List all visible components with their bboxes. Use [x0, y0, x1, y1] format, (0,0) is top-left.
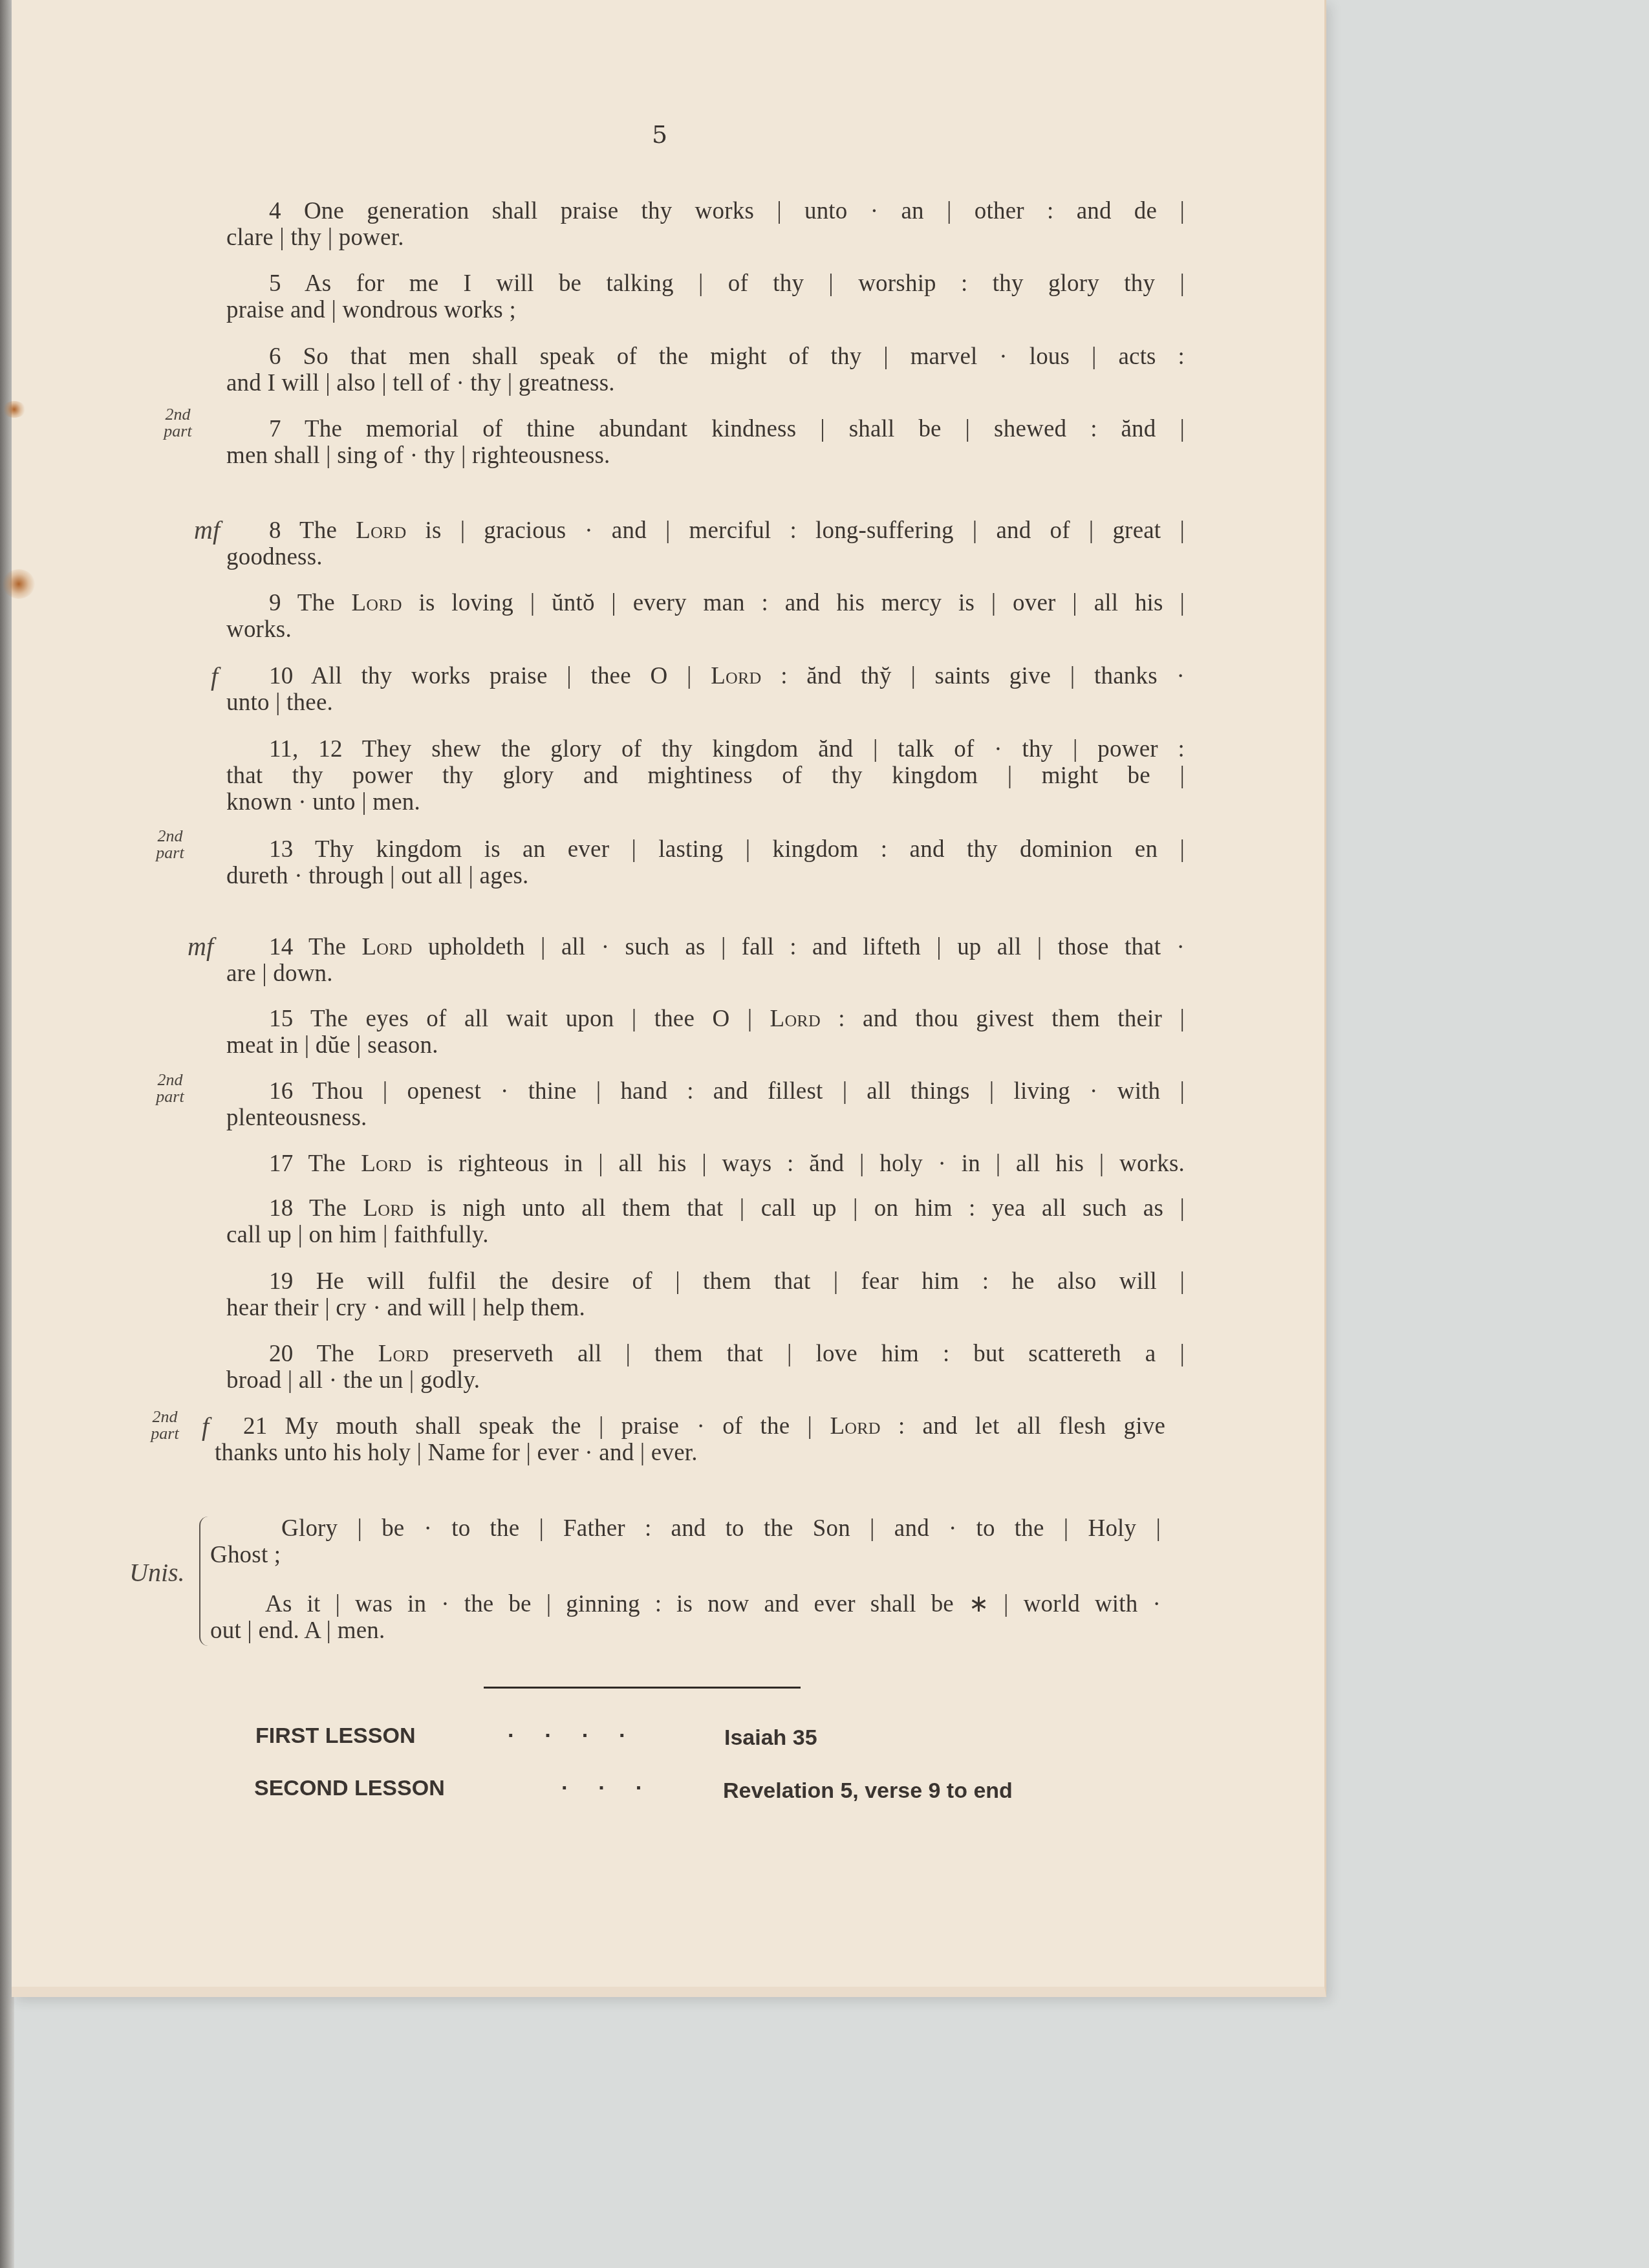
- verse-line: 17 The Lord is righteous in | all his | …: [226, 1150, 1185, 1177]
- verse-line: goodness.: [226, 544, 1185, 570]
- verse-20: 20 The Lord preserveth all | them that |…: [226, 1341, 1185, 1394]
- second-lesson-reading: Revelation 5, verse 9 to end: [723, 1778, 1013, 1804]
- verse-line: 14 The Lord upholdeth | all · such as | …: [226, 934, 1185, 960]
- verse-8: 8 The Lord is | gracious · and | mercifu…: [226, 517, 1185, 570]
- verse-18: 18 The Lord is nigh unto all them that |…: [226, 1195, 1185, 1248]
- verse-19: 19 He will fulfil the desire of | them t…: [226, 1268, 1185, 1321]
- divider-rule: [484, 1687, 801, 1689]
- unison-marker: Unis.: [129, 1557, 185, 1588]
- verse-line: 18 The Lord is nigh unto all them that |…: [226, 1195, 1185, 1222]
- verse-14: 14 The Lord upholdeth | all · such as | …: [226, 934, 1185, 987]
- verse-line: works.: [226, 616, 1185, 643]
- verse-line: clare | thy | power.: [226, 224, 1185, 251]
- verse-6: 6 So that men shall speak of the might o…: [226, 343, 1185, 396]
- verse-line: 5 As for me I will be talking | of thy |…: [226, 270, 1185, 297]
- verse-line: call up | on him | faithfully.: [226, 1222, 1185, 1248]
- verse-21: 21 My mouth shall speak the | praise · o…: [215, 1413, 1165, 1466]
- verse-17: 17 The Lord is righteous in | all his | …: [226, 1150, 1185, 1177]
- leader-dots: ····: [508, 1723, 656, 1749]
- verse-line: 19 He will fulfil the desire of | them t…: [226, 1268, 1185, 1295]
- second-part-marker: 2ndpart: [145, 1409, 184, 1442]
- rust-stain: [3, 569, 35, 599]
- gloria-part-2: As it | was in · the be | ginning : is n…: [210, 1591, 1161, 1644]
- verse-10: 10 All thy works praise | thee O | Lord …: [226, 663, 1185, 716]
- verse-11-12: 11, 12 They shew the glory of thy kingdo…: [226, 736, 1185, 815]
- leader-dots: ···: [561, 1776, 673, 1801]
- verse-line: 20 The Lord preserveth all | them that |…: [226, 1341, 1185, 1367]
- verse-15: 15 The eyes of all wait upon | thee O | …: [226, 1006, 1185, 1059]
- second-part-marker: 2ndpart: [151, 828, 189, 861]
- verse-line: 9 The Lord is loving | ŭntŏ | every man …: [226, 590, 1185, 616]
- dynamic-mf: mf: [188, 931, 213, 962]
- verse-line: men shall | sing of · thy | righteousnes…: [226, 442, 1185, 469]
- verse-line: 10 All thy works praise | thee O | Lord …: [226, 663, 1185, 689]
- rust-stain: [3, 401, 26, 418]
- verse-line: 16 Thou | openest · thine | hand : and f…: [226, 1078, 1185, 1105]
- verse-line: unto | thee.: [226, 689, 1185, 716]
- verse-16: 16 Thou | openest · thine | hand : and f…: [226, 1078, 1185, 1131]
- verse-line: 7 The memorial of thine abundant kindnes…: [226, 416, 1185, 442]
- verse-line: are | down.: [226, 960, 1185, 987]
- verse-line: meat in | dŭe | season.: [226, 1032, 1185, 1059]
- verse-line: broad | all · the un | godly.: [226, 1367, 1185, 1394]
- verse-7: 7 The memorial of thine abundant kindnes…: [226, 416, 1185, 469]
- dynamic-mf: mf: [194, 515, 220, 545]
- verse-line: 6 So that men shall speak of the might o…: [226, 343, 1185, 370]
- verse-line: As it | was in · the be | ginning : is n…: [210, 1591, 1161, 1617]
- verse-line: 15 The eyes of all wait upon | thee O | …: [226, 1006, 1185, 1032]
- verse-line: praise and | wondrous works ;: [226, 297, 1185, 323]
- verse-line: 4 One generation shall praise thy works …: [226, 198, 1185, 224]
- verse-13: 13 Thy kingdom is an ever | lasting | ki…: [226, 836, 1185, 889]
- verse-line: dureth · through | out all | ages.: [226, 863, 1185, 889]
- verse-line: thanks unto his holy | Name for | ever ·…: [215, 1440, 1165, 1466]
- dynamic-f: f: [202, 1411, 209, 1442]
- verse-line: and I will | also | tell of · thy | grea…: [226, 370, 1185, 396]
- dynamic-f: f: [211, 661, 218, 691]
- verse-line: that thy power thy glory and mightiness …: [226, 762, 1185, 789]
- verse-5: 5 As for me I will be talking | of thy |…: [226, 270, 1185, 323]
- second-part-marker: 2ndpart: [151, 1072, 189, 1105]
- page-number: 5: [652, 120, 667, 149]
- verse-line: 21 My mouth shall speak the | praise · o…: [215, 1413, 1165, 1440]
- second-part-marker: 2ndpart: [158, 406, 197, 440]
- verse-line: Ghost ;: [210, 1542, 1161, 1568]
- verse-line: known · unto | men.: [226, 789, 1185, 815]
- verse-4: 4 One generation shall praise thy works …: [226, 198, 1185, 251]
- first-lesson-reading: Isaiah 35: [724, 1725, 817, 1751]
- verse-9: 9 The Lord is loving | ŭntŏ | every man …: [226, 590, 1185, 643]
- gloria-part-1: Glory | be · to the | Father : and to th…: [210, 1515, 1161, 1568]
- verse-line: 8 The Lord is | gracious · and | mercifu…: [226, 517, 1185, 544]
- verse-line: hear their | cry · and will | help them.: [226, 1295, 1185, 1321]
- second-lesson-label: SECOND LESSON: [254, 1776, 445, 1801]
- verse-line: Glory | be · to the | Father : and to th…: [210, 1515, 1161, 1542]
- verse-line: 13 Thy kingdom is an ever | lasting | ki…: [226, 836, 1185, 863]
- verse-line: 11, 12 They shew the glory of thy kingdo…: [226, 736, 1185, 762]
- verse-line: plenteousness.: [226, 1105, 1185, 1131]
- verse-line: out | end. A | men.: [210, 1617, 1161, 1644]
- first-lesson-label: FIRST LESSON: [255, 1723, 415, 1749]
